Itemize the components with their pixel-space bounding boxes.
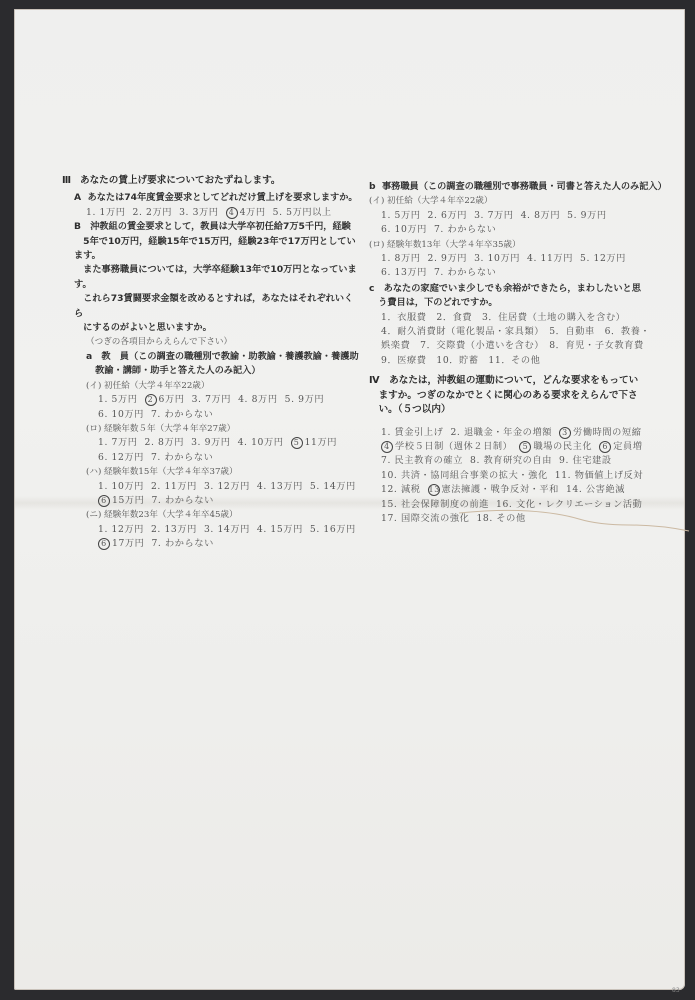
option-label: 10万円 bbox=[395, 224, 427, 235]
option-number: 2. bbox=[151, 481, 165, 492]
option-number: 4. bbox=[521, 210, 535, 221]
sub-question-text: 初任給（大学４年卒22歳） bbox=[387, 196, 492, 206]
option-label: わからない bbox=[165, 495, 214, 506]
option-number: 11. bbox=[555, 470, 575, 481]
option-row: 1. 5万円26万円3. 7万円4. 8万円5. 9万円 bbox=[86, 393, 362, 407]
question-a-label: A bbox=[74, 192, 81, 203]
answer-option[interactable]: 12. 減税 bbox=[381, 484, 421, 495]
option-label: 13万円 bbox=[395, 267, 427, 278]
option-number: 2. bbox=[145, 437, 159, 448]
option-number: 3. bbox=[474, 253, 488, 264]
option-label: 12万円 bbox=[112, 452, 144, 463]
sub-question: (ロ) 経験年数５年（大学４年卒27歳）1. 7万円2. 8万円3. 9万円4.… bbox=[86, 422, 362, 465]
sub-question-marker: (ロ) bbox=[86, 424, 104, 434]
section-4-heading: Ⅳ あなたは，沖教組の運動について，どんな要求をもってい ますか。つぎのなかでと… bbox=[369, 374, 669, 417]
option-number: 5. bbox=[310, 524, 324, 535]
answer-option[interactable]: 511万円 bbox=[291, 437, 337, 448]
option-label: 賃金引上げ bbox=[395, 427, 444, 438]
answer-option[interactable]: 1. 12万円 bbox=[98, 524, 144, 535]
sub-question: (ニ) 経験年数23年（大学４年卒45歳）1. 12万円2. 13万円3. 14… bbox=[86, 508, 362, 551]
answer-option[interactable]: 26万円 bbox=[145, 394, 185, 405]
sub-question-marker: (ハ) bbox=[86, 467, 104, 477]
option-number: 4. bbox=[257, 481, 271, 492]
sub-question: (ロ) 経験年数13年（大学４年卒35歳）1. 8万円2. 9万円3. 10万円… bbox=[369, 238, 669, 281]
option-label: 4万円 bbox=[240, 207, 266, 218]
option-row: 1. 賃金引上げ2. 退職金・年金の増額3労働時間の短縮 bbox=[381, 426, 669, 440]
option-row: 15. 社会保障制度の前進16. 文化・レクリエーション活動 bbox=[381, 498, 669, 512]
option-number: 2. bbox=[133, 207, 147, 218]
option-label: 10万円 bbox=[488, 253, 520, 264]
answer-option[interactable]: 14. 公害絶滅 bbox=[566, 484, 625, 495]
option-label: 共済・協同組合事業の拡大・強化 bbox=[401, 470, 548, 481]
answer-option[interactable]: 2. 11万円 bbox=[151, 481, 197, 492]
text-line: 5年で10万円，経験15年で15万円，経験23年で17万円としています。 bbox=[74, 235, 362, 264]
option-row: 6. 12万円7. わからない bbox=[86, 451, 362, 465]
option-number: 2. bbox=[450, 427, 464, 438]
question-b-b-text: 事務職員（この調査の職種別で事務職員・司書と答えた人のみ記入） bbox=[382, 181, 667, 192]
text-line: い。（５つ以内） bbox=[369, 403, 669, 417]
option-label: 16万円 bbox=[323, 524, 355, 535]
page-mark: 83 bbox=[672, 987, 680, 994]
option-label: その他 bbox=[496, 513, 525, 524]
sub-question-text: 経験年数15年（大学４年卒37歳） bbox=[104, 467, 238, 477]
option-row: 1. 10万円2. 11万円3. 12万円4. 13万円5. 14万円 bbox=[86, 480, 362, 494]
option-label: 憲法擁護・戦争反対・平和 bbox=[442, 484, 559, 495]
question-b-text: B 沖教組の賃金要求として，教員は大学卒初任給7万5千円，経験 5年で10万円，… bbox=[74, 220, 362, 335]
option-label: 11万円 bbox=[164, 481, 196, 492]
option-label: 社会保障制度の前進 bbox=[401, 499, 489, 510]
answer-option[interactable]: 3. 7万円 bbox=[474, 210, 514, 221]
option-label: 11万円 bbox=[305, 437, 337, 448]
sub-question-marker: (イ) bbox=[86, 381, 104, 391]
option-number: 6. bbox=[381, 267, 395, 278]
answer-option[interactable]: 1. 1万円 bbox=[86, 207, 126, 218]
question-b-b-items: (イ) 初任給（大学４年卒22歳）1. 5万円2. 6万円3. 7万円4. 8万… bbox=[369, 194, 669, 280]
sub-question-title: (ニ) 経験年数23年（大学４年卒45歳） bbox=[86, 508, 362, 522]
option-label: わからない bbox=[164, 452, 213, 463]
option-row: 617万円7. わからない bbox=[86, 537, 362, 551]
option-number: 15. bbox=[381, 499, 401, 510]
option-label: 退職金・年金の増額 bbox=[464, 427, 552, 438]
option-label: わからない bbox=[165, 538, 214, 549]
text-line: 娯楽費 7．交際費（小遣いを含む） 8．育児・子女教育費 bbox=[381, 339, 669, 353]
option-number: 5. bbox=[310, 481, 324, 492]
sub-question: (イ) 初任給（大学４年卒22歳）1. 5万円2. 6万円3. 7万円4. 8万… bbox=[369, 194, 669, 237]
answer-option[interactable]: 6. 10万円 bbox=[381, 224, 427, 235]
option-number: 7. bbox=[151, 409, 165, 420]
option-label: 1万円 bbox=[100, 207, 126, 218]
answer-option[interactable]: 7. わからない bbox=[434, 224, 496, 235]
option-number: 1. bbox=[98, 481, 112, 492]
text-line: 1．衣服費 2．食費 3．住居費（土地の購入を含む） bbox=[381, 311, 669, 325]
answer-option[interactable]: 5. 16万円 bbox=[310, 524, 356, 535]
option-number: 7. bbox=[381, 455, 395, 466]
option-number: 1. bbox=[98, 524, 112, 535]
option-row: 17. 国際交流の強化18. その他 bbox=[381, 512, 669, 526]
option-number: 14. bbox=[566, 484, 586, 495]
circled-answer-mark: 6 bbox=[98, 495, 110, 507]
answer-option[interactable]: 6. 12万円 bbox=[98, 452, 144, 463]
question-b-c-text: c あなたの家庭でいま少しでも余裕ができたら，まわしたいと思 う費目は，下のどれ… bbox=[369, 282, 669, 311]
answer-option[interactable]: 4. 10万円 bbox=[238, 437, 284, 448]
answer-option[interactable]: 5. 9万円 bbox=[285, 394, 325, 405]
sub-question-text: 経験年数13年（大学４年卒35歳） bbox=[387, 240, 521, 250]
option-number: 1. bbox=[381, 253, 395, 264]
option-label: 9万円 bbox=[441, 253, 467, 264]
option-row: 6. 13万円7. わからない bbox=[369, 266, 669, 280]
text-line: c あなたの家庭でいま少しでも余裕ができたら，まわしたいと思 bbox=[369, 282, 669, 296]
sub-question-marker: (ニ) bbox=[86, 510, 104, 520]
sub-question-marker: (ロ) bbox=[369, 240, 387, 250]
option-label: 14万円 bbox=[323, 481, 355, 492]
option-number: 3. bbox=[204, 524, 218, 535]
option-row: 7. 民主教育の確立8. 教育研究の自由9. 住宅建設 bbox=[381, 454, 669, 468]
option-number: 18. bbox=[476, 513, 496, 524]
option-label: 13万円 bbox=[164, 524, 196, 535]
answer-option[interactable]: 7. わからない bbox=[151, 495, 213, 506]
option-number: 3. bbox=[204, 481, 218, 492]
option-label: 物価値上げ反対 bbox=[575, 470, 644, 481]
option-row: 1. 12万円2. 13万円3. 14万円4. 15万円5. 16万円 bbox=[86, 523, 362, 537]
option-label: 9万円 bbox=[581, 210, 607, 221]
option-number: 3. bbox=[191, 437, 205, 448]
question-a-text: あなたは74年度賃金要求としてどれだけ賃上げを要求しますか。 bbox=[88, 192, 358, 203]
option-label: 15万円 bbox=[270, 524, 302, 535]
option-label: 10万円 bbox=[112, 481, 144, 492]
option-row: 1. 5万円2. 6万円3. 7万円4. 8万円5. 9万円 bbox=[369, 209, 669, 223]
answer-option[interactable]: 11. 物価値上げ反対 bbox=[555, 470, 643, 481]
answer-option[interactable]: 5. 9万円 bbox=[567, 210, 607, 221]
option-label: 2万円 bbox=[146, 207, 172, 218]
answer-option[interactable]: 4. 8万円 bbox=[521, 210, 561, 221]
option-row: 615万円7. わからない bbox=[86, 494, 362, 508]
answer-option[interactable]: 7. わからない bbox=[151, 538, 213, 549]
sub-question-text: 経験年数５年（大学４年卒27歳） bbox=[104, 424, 235, 434]
answer-option[interactable]: 1. 5万円 bbox=[98, 394, 138, 405]
option-number: 7. bbox=[151, 538, 165, 549]
circled-answer-mark: 3 bbox=[559, 427, 571, 439]
sub-question-title: (ロ) 経験年数13年（大学４年卒35歳） bbox=[369, 238, 669, 252]
option-label: 8万円 bbox=[252, 394, 278, 405]
answer-option[interactable]: 1. 10万円 bbox=[98, 481, 144, 492]
option-row: 6. 10万円7. わからない bbox=[369, 223, 669, 237]
circled-answer-mark: 6 bbox=[599, 441, 611, 453]
circled-answer-mark: 4 bbox=[226, 207, 238, 219]
option-label: 7万円 bbox=[112, 437, 138, 448]
question-a: A あなたは74年度賃金要求としてどれだけ賃上げを要求しますか。 1. 1万円2… bbox=[62, 191, 362, 220]
answer-option[interactable]: 6定員増 bbox=[599, 441, 642, 452]
option-number: 4. bbox=[257, 524, 271, 535]
answer-option[interactable]: 3労働時間の短縮 bbox=[559, 427, 642, 438]
question-b-c: c あなたの家庭でいま少しでも余裕ができたら，まわしたいと思 う費目は，下のどれ… bbox=[369, 282, 669, 368]
answer-option[interactable]: 617万円 bbox=[98, 538, 144, 549]
option-label: 15万円 bbox=[112, 495, 144, 506]
option-number: 7. bbox=[151, 452, 165, 463]
sub-question: (イ) 初任給（大学４年卒22歳）1. 5万円26万円3. 7万円4. 8万円5… bbox=[86, 379, 362, 422]
option-label: 定員増 bbox=[613, 441, 642, 452]
sub-question: (ハ) 経験年数15年（大学４年卒37歳）1. 10万円2. 11万円3. 12… bbox=[86, 465, 362, 508]
answer-option[interactable]: 5. 12万円 bbox=[580, 253, 626, 264]
answer-option[interactable]: 13憲法擁護・戦争反対・平和 bbox=[428, 484, 559, 495]
answer-option[interactable]: 6. 10万円 bbox=[98, 409, 144, 420]
sub-question-title: (イ) 初任給（大学４年卒22歳） bbox=[86, 379, 362, 393]
answer-option[interactable]: 16. 文化・レクリエーション活動 bbox=[496, 499, 642, 510]
option-number: 3. bbox=[179, 207, 193, 218]
option-label: 10万円 bbox=[251, 437, 283, 448]
answer-option[interactable]: 10. 共済・協同組合事業の拡大・強化 bbox=[381, 470, 548, 481]
answer-option[interactable]: 1. 7万円 bbox=[98, 437, 138, 448]
option-row: 10. 共済・協同組合事業の拡大・強化11. 物価値上げ反対 bbox=[381, 469, 669, 483]
option-number: 7. bbox=[434, 224, 448, 235]
option-number: 6. bbox=[381, 224, 395, 235]
text-line: a 教 員（この調査の職種別で教諭・助教諭・養護教諭・養護助 bbox=[86, 350, 362, 364]
text-line: 4．耐久消費財（電化製品・家具類） 5．自動車 6．教養・ bbox=[381, 325, 669, 339]
option-label: 5万円 bbox=[112, 394, 138, 405]
option-number: 12. bbox=[381, 484, 401, 495]
option-number: 1. bbox=[381, 427, 395, 438]
option-number: 4. bbox=[238, 437, 252, 448]
circled-answer-mark: 4 bbox=[381, 441, 393, 453]
option-row: 1. 7万円2. 8万円3. 9万円4. 10万円511万円 bbox=[86, 436, 362, 450]
answer-option[interactable]: 9. 住宅建設 bbox=[559, 455, 612, 466]
circled-answer-mark: 2 bbox=[145, 394, 157, 406]
option-row: 4学校５日制（週休２日制）5職場の民主化6定員増 bbox=[381, 440, 669, 454]
question-b: B 沖教組の賃金要求として，教員は大学卒初任給7万5千円，経験 5年で10万円，… bbox=[62, 220, 362, 551]
option-label: 8万円 bbox=[395, 253, 421, 264]
right-column: b 事務職員（この調査の職種別で事務職員・司書と答えた人のみ記入） (イ) 初任… bbox=[369, 180, 669, 526]
option-number: 7. bbox=[151, 495, 165, 506]
option-number: 3. bbox=[192, 394, 206, 405]
option-label: 13万円 bbox=[270, 481, 302, 492]
question-b-a-items: (イ) 初任給（大学４年卒22歳）1. 5万円26万円3. 7万円4. 8万円5… bbox=[86, 379, 362, 552]
text-line: う費目は，下のどれですか。 bbox=[369, 296, 669, 310]
option-label: 住宅建設 bbox=[573, 455, 612, 466]
option-label: 8万円 bbox=[534, 210, 560, 221]
question-b-b-heading: b 事務職員（この調査の職種別で事務職員・司書と答えた人のみ記入） bbox=[369, 180, 669, 194]
option-label: 文化・レクリエーション活動 bbox=[516, 499, 643, 510]
option-label: 減税 bbox=[401, 484, 421, 495]
section-3-title: あなたの賃上げ要求についておたずねします。 bbox=[80, 175, 281, 186]
answer-option[interactable]: 1. 8万円 bbox=[381, 253, 421, 264]
left-column: Ⅲあなたの賃上げ要求についておたずねします。 A あなたは74年度賃金要求として… bbox=[62, 174, 362, 552]
question-b-a-text: a 教 員（この調査の職種別で教諭・助教諭・養護教諭・養護助 教諭・講師・助手と… bbox=[86, 350, 362, 379]
option-label: 5万円 bbox=[395, 210, 421, 221]
answer-option[interactable]: 2. 退職金・年金の増額 bbox=[450, 427, 552, 438]
option-number: 6. bbox=[98, 409, 112, 420]
sub-question-text: 経験年数23年（大学４年卒45歳） bbox=[104, 510, 238, 520]
sub-question-text: 初任給（大学４年卒22歳） bbox=[104, 381, 209, 391]
answer-option[interactable]: 615万円 bbox=[98, 495, 144, 506]
answer-option[interactable]: 3. 7万円 bbox=[192, 394, 232, 405]
answer-option[interactable]: 5. 14万円 bbox=[310, 481, 356, 492]
text-line: これら73賃闘要求金額を改めるとすれば，あなたはそれぞれいくら bbox=[74, 292, 362, 321]
option-label: 12万円 bbox=[217, 481, 249, 492]
option-label: 教育研究の自由 bbox=[484, 455, 553, 466]
circled-answer-mark: 5 bbox=[291, 437, 303, 449]
option-label: 職場の民主化 bbox=[533, 441, 592, 452]
question-a-options: 1. 1万円2. 2万円3. 3万円44万円5. 5万円以上 bbox=[74, 206, 362, 220]
text-line: 教諭・講師・助手と答えた人のみ記入） bbox=[86, 364, 362, 378]
question-b-note: （つぎの各項目からえらんで下さい） bbox=[74, 335, 362, 349]
answer-option[interactable]: 1. 賃金引上げ bbox=[381, 427, 443, 438]
answer-option[interactable]: 5職場の民主化 bbox=[519, 441, 592, 452]
option-label: 7万円 bbox=[205, 394, 231, 405]
section-4-options: 1. 賃金引上げ2. 退職金・年金の増額3労働時間の短縮4学校５日制（週休２日制… bbox=[369, 426, 669, 527]
answer-option[interactable]: 3. 12万円 bbox=[204, 481, 250, 492]
answer-option[interactable]: 2. 8万円 bbox=[145, 437, 185, 448]
answer-option[interactable]: 4学校５日制（週休２日制） bbox=[381, 441, 512, 452]
text-line: 9．医療費 10．貯蓄 11．その他 bbox=[381, 354, 669, 368]
option-label: 学校５日制（週休２日制） bbox=[395, 441, 512, 452]
answer-option[interactable]: 6. 13万円 bbox=[381, 267, 427, 278]
option-number: 9. bbox=[559, 455, 573, 466]
section-3-heading: Ⅲあなたの賃上げ要求についておたずねします。 bbox=[62, 174, 362, 188]
option-number: 1. bbox=[86, 207, 100, 218]
option-label: 9万円 bbox=[298, 394, 324, 405]
sub-question-title: (ロ) 経験年数５年（大学４年卒27歳） bbox=[86, 422, 362, 436]
option-label: 17万円 bbox=[112, 538, 144, 549]
answer-option[interactable]: 4. 13万円 bbox=[257, 481, 303, 492]
option-number: 2. bbox=[428, 253, 442, 264]
answer-option[interactable]: 7. わからない bbox=[151, 409, 213, 420]
option-label: 6万円 bbox=[441, 210, 467, 221]
option-label: わからない bbox=[447, 267, 496, 278]
answer-option[interactable]: 2. 6万円 bbox=[428, 210, 468, 221]
option-label: 14万円 bbox=[217, 524, 249, 535]
sub-question-title: (ハ) 経験年数15年（大学４年卒37歳） bbox=[86, 465, 362, 479]
option-label: 9万円 bbox=[205, 437, 231, 448]
option-label: 6万円 bbox=[159, 394, 185, 405]
option-label: 12万円 bbox=[112, 524, 144, 535]
answer-option[interactable]: 8. 教育研究の自由 bbox=[470, 455, 552, 466]
answer-option[interactable]: 2. 13万円 bbox=[151, 524, 197, 535]
option-number: 16. bbox=[496, 499, 516, 510]
section-4: Ⅳ あなたは，沖教組の運動について，どんな要求をもってい ますか。つぎのなかでと… bbox=[369, 374, 669, 526]
question-b-c-options: 1．衣服費 2．食費 3．住居費（土地の購入を含む）4．耐久消費財（電化製品・家… bbox=[369, 311, 669, 369]
answer-option[interactable]: 3. 10万円 bbox=[474, 253, 520, 264]
answer-option[interactable]: 5. 5万円以上 bbox=[273, 207, 332, 218]
option-label: わからない bbox=[164, 409, 213, 420]
option-number: 5. bbox=[567, 210, 581, 221]
answer-option[interactable]: 44万円 bbox=[226, 207, 266, 218]
option-number: 3. bbox=[474, 210, 488, 221]
option-number: 4. bbox=[527, 253, 541, 264]
answer-option[interactable]: 4. 8万円 bbox=[238, 394, 278, 405]
question-b-a-teachers: a 教 員（この調査の職種別で教諭・助教諭・養護教諭・養護助 教諭・講師・助手と… bbox=[74, 350, 362, 552]
sub-question-marker: (イ) bbox=[369, 196, 387, 206]
option-number: 1. bbox=[98, 437, 112, 448]
option-label: 12万円 bbox=[594, 253, 626, 264]
answer-option[interactable]: 15. 社会保障制度の前進 bbox=[381, 499, 489, 510]
text-line: ますか。つぎのなかでとくに関心のある要求をえらんで下さ bbox=[369, 389, 669, 403]
text-line: B 沖教組の賃金要求として，教員は大学卒初任給7万5千円，経験 bbox=[74, 220, 362, 234]
option-number: 5. bbox=[580, 253, 594, 264]
option-number: 5. bbox=[285, 394, 299, 405]
option-label: 10万円 bbox=[112, 409, 144, 420]
answer-option[interactable]: 3. 9万円 bbox=[191, 437, 231, 448]
answer-option[interactable]: 18. その他 bbox=[476, 513, 525, 524]
option-number: 4. bbox=[238, 394, 252, 405]
option-number: 1. bbox=[98, 394, 112, 405]
text-line: にするのがよいと思いますか。 bbox=[74, 321, 362, 335]
answer-option[interactable]: 7. わからない bbox=[151, 452, 213, 463]
answer-option[interactable]: 4. 11万円 bbox=[527, 253, 573, 264]
answer-option[interactable]: 7. 民主教育の確立 bbox=[381, 455, 463, 466]
option-label: 8万円 bbox=[158, 437, 184, 448]
answer-option[interactable]: 3. 3万円 bbox=[179, 207, 219, 218]
option-label: 3万円 bbox=[193, 207, 219, 218]
option-label: 労働時間の短縮 bbox=[573, 427, 642, 438]
text-line: Ⅳ あなたは，沖教組の運動について，どんな要求をもってい bbox=[369, 374, 669, 388]
option-label: 7万円 bbox=[488, 210, 514, 221]
text-line: また事務職員については，大学卒経験13年で10万円となっています。 bbox=[74, 263, 362, 292]
option-row: 1. 8万円2. 9万円3. 10万円4. 11万円5. 12万円 bbox=[369, 252, 669, 266]
option-number: 2. bbox=[428, 210, 442, 221]
answer-option[interactable]: 3. 14万円 bbox=[204, 524, 250, 535]
answer-option[interactable]: 4. 15万円 bbox=[257, 524, 303, 535]
option-number: 7. bbox=[434, 267, 448, 278]
answer-option[interactable]: 1. 5万円 bbox=[381, 210, 421, 221]
section-3-numeral: Ⅲ bbox=[62, 174, 80, 188]
option-label: 国際交流の強化 bbox=[401, 513, 470, 524]
sub-question-title: (イ) 初任給（大学４年卒22歳） bbox=[369, 194, 669, 208]
option-label: 公害絶滅 bbox=[586, 484, 625, 495]
option-number: 5. bbox=[273, 207, 287, 218]
option-number: 2. bbox=[151, 524, 165, 535]
option-row: 12. 減税13憲法擁護・戦争反対・平和14. 公害絶滅 bbox=[381, 483, 669, 497]
option-number: 17. bbox=[381, 513, 401, 524]
circled-answer-mark: 6 bbox=[98, 538, 110, 550]
answer-option[interactable]: 2. 9万円 bbox=[428, 253, 468, 264]
option-number: 8. bbox=[470, 455, 484, 466]
circled-answer-mark: 13 bbox=[428, 484, 440, 496]
circled-answer-mark: 5 bbox=[519, 441, 531, 453]
option-label: 民主教育の確立 bbox=[395, 455, 464, 466]
answer-option[interactable]: 17. 国際交流の強化 bbox=[381, 513, 469, 524]
answer-option[interactable]: 2. 2万円 bbox=[133, 207, 173, 218]
option-label: 5万円以上 bbox=[286, 207, 332, 218]
option-row: 6. 10万円7. わからない bbox=[86, 408, 362, 422]
answer-option[interactable]: 7. わからない bbox=[434, 267, 496, 278]
option-label: わからない bbox=[447, 224, 496, 235]
option-number: 10. bbox=[381, 470, 401, 481]
option-number: 6. bbox=[98, 452, 112, 463]
option-label: 11万円 bbox=[541, 253, 573, 264]
question-b-b-label: b bbox=[369, 181, 376, 192]
option-number: 1. bbox=[381, 210, 395, 221]
